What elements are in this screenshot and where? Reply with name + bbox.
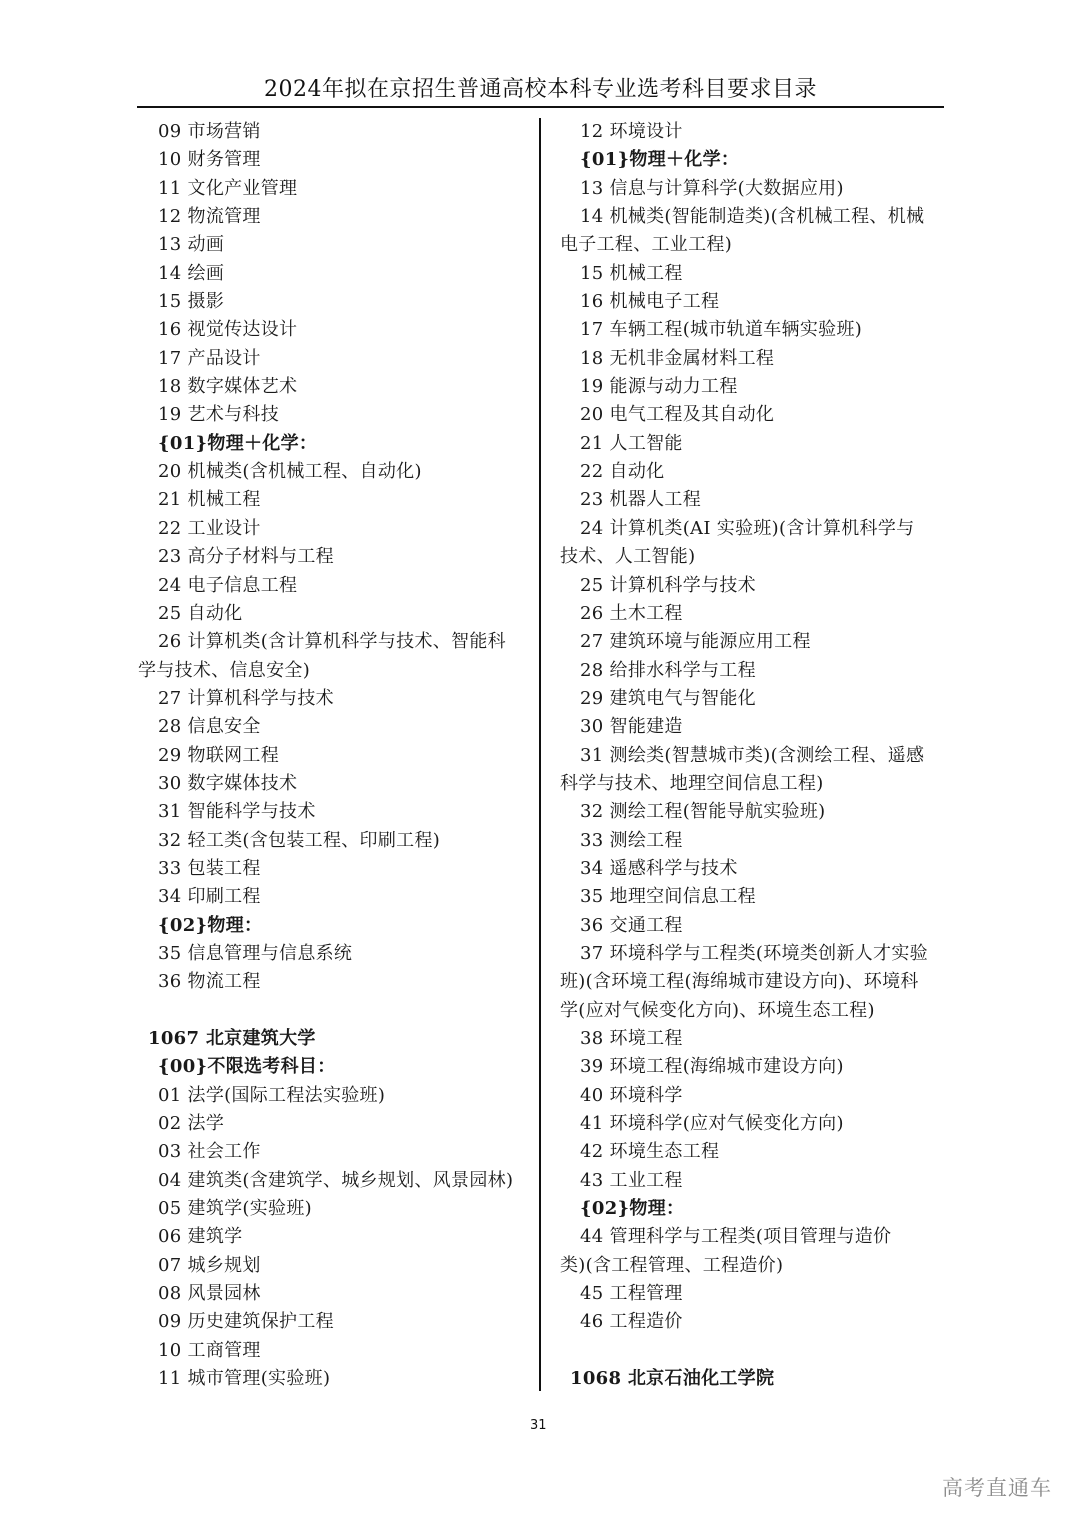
major-item: 22 自动化: [560, 458, 950, 486]
major-item: 36 物流工程: [138, 968, 528, 996]
major-item: 19 能源与动力工程: [560, 373, 950, 401]
column-divider: [539, 118, 541, 1391]
major-item: 41 环境科学(应对气候变化方向): [560, 1110, 950, 1138]
university-heading: 1068 北京石油化工学院: [560, 1365, 950, 1393]
major-item: 26 计算机类(含计算机科学与技术、智能科: [138, 628, 528, 656]
major-item: 29 建筑电气与智能化: [560, 685, 950, 713]
major-item: 18 无机非金属材料工程: [560, 345, 950, 373]
major-item: 27 计算机科学与技术: [138, 685, 528, 713]
major-item: 31 测绘类(智慧城市类)(含测绘工程、遥感: [560, 742, 950, 770]
major-item: 12 环境设计: [560, 118, 950, 146]
major-item: 29 物联网工程: [138, 742, 528, 770]
major-item: 30 数字媒体技术: [138, 770, 528, 798]
major-item: 26 土木工程: [560, 600, 950, 628]
subject-group-heading: {00}不限选考科目：: [138, 1053, 528, 1081]
major-item: 27 建筑环境与能源应用工程: [560, 628, 950, 656]
major-item: 15 机械工程: [560, 260, 950, 288]
major-item-continuation: 技术、人工智能): [560, 543, 950, 571]
major-item-continuation: 学与技术、信息安全): [138, 657, 528, 685]
major-item: 20 电气工程及其自动化: [560, 401, 950, 429]
major-item: 39 环境工程(海绵城市建设方向): [560, 1053, 950, 1081]
watermark: 高考直通车: [942, 1472, 1052, 1502]
major-item: 10 财务管理: [138, 146, 528, 174]
major-item: 31 智能科学与技术: [138, 798, 528, 826]
major-item-continuation: 科学与技术、地理空间信息工程): [560, 770, 950, 798]
major-item: 23 高分子材料与工程: [138, 543, 528, 571]
major-item: 04 建筑类(含建筑学、城乡规划、风景园林): [138, 1167, 528, 1195]
spacer: [560, 1337, 950, 1365]
major-item: 08 风景园林: [138, 1280, 528, 1308]
page-title: 2024年拟在京招生普通高校本科专业选考科目要求目录: [137, 76, 944, 104]
major-item: 01 法学(国际工程法实验班): [138, 1082, 528, 1110]
major-item: 09 市场营销: [138, 118, 528, 146]
major-item: 23 机器人工程: [560, 486, 950, 514]
major-item: 30 智能建造: [560, 713, 950, 741]
major-item: 24 计算机类(AI 实验班)(含计算机科学与: [560, 515, 950, 543]
major-item: 38 环境工程: [560, 1025, 950, 1053]
major-item: 21 人工智能: [560, 430, 950, 458]
major-item-continuation: 电子工程、工业工程): [560, 231, 950, 259]
major-item: 13 动画: [138, 231, 528, 259]
major-item: 32 轻工类(含包装工程、印刷工程): [138, 827, 528, 855]
major-item: 18 数字媒体艺术: [138, 373, 528, 401]
subject-group-heading: {02}物理：: [560, 1195, 950, 1223]
major-item: 34 印刷工程: [138, 883, 528, 911]
spacer: [138, 997, 528, 1025]
major-item: 14 绘画: [138, 260, 528, 288]
major-item: 46 工程造价: [560, 1308, 950, 1336]
major-item: 07 城乡规划: [138, 1252, 528, 1280]
major-item: 14 机械类(智能制造类)(含机械工程、机械: [560, 203, 950, 231]
subject-group-heading: {01}物理＋化学：: [560, 146, 950, 174]
major-item: 45 工程管理: [560, 1280, 950, 1308]
major-item-continuation: 班)(含环境工程(海绵城市建设方向)、环境科: [560, 968, 950, 996]
major-item: 42 环境生态工程: [560, 1138, 950, 1166]
major-item: 22 工业设计: [138, 515, 528, 543]
major-item: 03 社会工作: [138, 1138, 528, 1166]
major-item: 28 信息安全: [138, 713, 528, 741]
major-item: 33 测绘工程: [560, 827, 950, 855]
major-item: 25 计算机科学与技术: [560, 572, 950, 600]
subject-group-heading: {02}物理：: [138, 912, 528, 940]
major-item: 43 工业工程: [560, 1167, 950, 1195]
major-item: 28 给排水科学与工程: [560, 657, 950, 685]
page-number: 31: [530, 1418, 547, 1433]
major-item: 11 城市管理(实验班): [138, 1365, 528, 1393]
major-item: 10 工商管理: [138, 1337, 528, 1365]
major-item: 35 信息管理与信息系统: [138, 940, 528, 968]
major-item: 17 产品设计: [138, 345, 528, 373]
major-item: 05 建筑学(实验班): [138, 1195, 528, 1223]
major-item: 33 包装工程: [138, 855, 528, 883]
major-item: 40 环境科学: [560, 1082, 950, 1110]
major-item: 06 建筑学: [138, 1223, 528, 1251]
title-rule: [137, 106, 944, 108]
major-item: 13 信息与计算科学(大数据应用): [560, 175, 950, 203]
major-item: 16 视觉传达设计: [138, 316, 528, 344]
major-item: 11 文化产业管理: [138, 175, 528, 203]
major-item: 19 艺术与科技: [138, 401, 528, 429]
major-item: 12 物流管理: [138, 203, 528, 231]
major-item: 36 交通工程: [560, 912, 950, 940]
major-item: 35 地理空间信息工程: [560, 883, 950, 911]
major-item: 32 测绘工程(智能导航实验班): [560, 798, 950, 826]
major-item: 09 历史建筑保护工程: [138, 1308, 528, 1336]
major-item: 02 法学: [138, 1110, 528, 1138]
right-column: 12 环境设计{01}物理＋化学：13 信息与计算科学(大数据应用)14 机械类…: [560, 118, 950, 1393]
subject-group-heading: {01}物理＋化学：: [138, 430, 528, 458]
major-item: 15 摄影: [138, 288, 528, 316]
major-item: 34 遥感科学与技术: [560, 855, 950, 883]
major-item-continuation: 类)(含工程管理、工程造价): [560, 1252, 950, 1280]
university-heading: 1067 北京建筑大学: [138, 1025, 528, 1053]
major-item: 21 机械工程: [138, 486, 528, 514]
major-item: 44 管理科学与工程类(项目管理与造价: [560, 1223, 950, 1251]
major-item: 20 机械类(含机械工程、自动化): [138, 458, 528, 486]
major-item: 37 环境科学与工程类(环境类创新人才实验: [560, 940, 950, 968]
major-item: 24 电子信息工程: [138, 572, 528, 600]
left-column: 09 市场营销10 财务管理11 文化产业管理12 物流管理13 动画14 绘画…: [138, 118, 528, 1393]
major-item: 16 机械电子工程: [560, 288, 950, 316]
major-item-continuation: 学(应对气候变化方向)、环境生态工程): [560, 997, 950, 1025]
major-item: 25 自动化: [138, 600, 528, 628]
major-item: 17 车辆工程(城市轨道车辆实验班): [560, 316, 950, 344]
